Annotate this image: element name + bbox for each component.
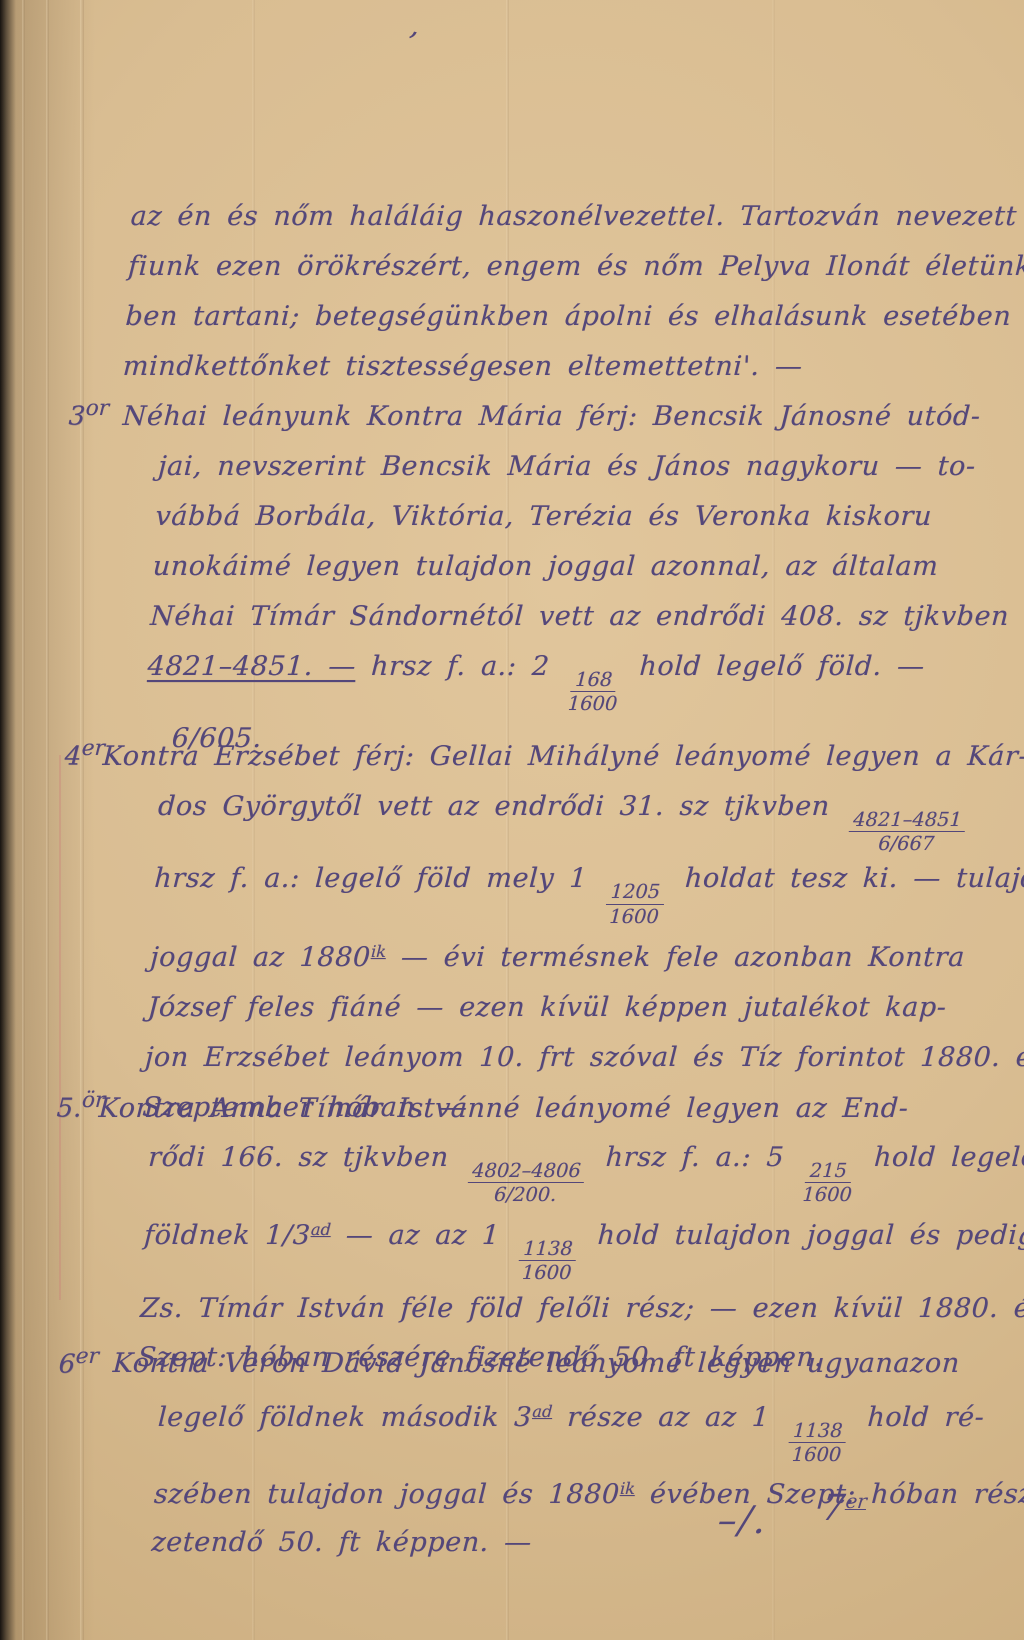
handwriting-line: Zs. Tímár István féle föld felőli rész; … xyxy=(139,1284,1024,1333)
handwriting-line: vábbá Borbála, Viktória, Terézia és Vero… xyxy=(154,492,1015,542)
handwriting-line: joggal az 1880ik — évi termésnek fele az… xyxy=(149,927,1024,983)
document-page: ’ az én és nőm haláláig haszonélvezettel… xyxy=(0,0,1024,1640)
section-3: 3or Néhai leányunk Kontra Mária férj: Be… xyxy=(142,392,1020,764)
handwriting-line: fiunk ezen örökrészért, engem és nőm Pel… xyxy=(127,242,1024,292)
scan-edge xyxy=(0,0,16,1640)
section-5-marker: 5.ör xyxy=(56,1088,106,1124)
handwriting-line: az én és nőm haláláig haszonélvezettel. … xyxy=(129,192,1024,242)
handwriting-line: legelő földnek második 3ad része az az 1… xyxy=(155,1388,1024,1465)
section-6-marker: 6er xyxy=(58,1344,100,1380)
handwriting-line: ben tartani; betegségünkben ápolni és el… xyxy=(124,292,1024,342)
section-4: 4er Kontra Erzsébet férj: Gellai Mihályn… xyxy=(141,732,1024,1133)
handwriting-line: 4821–4851. — hrsz f. a.: 2 1681600 hold … xyxy=(145,642,1008,714)
handwriting-line: zetendő 50. ft képpen. — xyxy=(150,1519,1024,1567)
handwriting-line: hrsz f. a.: legelő föld mely 1 12051600 … xyxy=(152,854,1024,926)
handwriting-line: jon Erzsébet leányom 10. frt szóval és T… xyxy=(144,1033,1024,1083)
handwriting-line: József feles fiáné — ezen kívül képpen j… xyxy=(146,983,1024,1033)
handwriting-line: jai, nevszerint Bencsik Mária és János n… xyxy=(157,442,1018,492)
next-page-section-marker: 7er xyxy=(820,1488,868,1529)
fold-crease xyxy=(22,0,25,1640)
handwriting-line: Néhai Tímár Sándornétól vett az endrődi … xyxy=(149,592,1010,642)
handwriting-line: mindkettőnket tisztességesen eltemettetn… xyxy=(122,342,1024,392)
continuation-mark: –/. xyxy=(716,1498,771,1542)
section-6: 6er Kontra Veron Dávid Jánosné leányomé … xyxy=(150,1340,1024,1567)
handwriting-line: rődi 166. sz tjkvben 4802–48066/200. hrs… xyxy=(146,1133,1024,1205)
fold-crease xyxy=(46,0,49,1640)
handwriting-line: Néhai leányunk Kontra Mária férj: Bencsi… xyxy=(121,392,1020,442)
fold-crease xyxy=(80,0,84,1640)
handwriting-line: szében tulajdon joggal és 1880ik évében … xyxy=(153,1465,1024,1519)
margin-line xyxy=(59,755,61,1300)
section-4-marker: 4er xyxy=(64,736,106,772)
section-3-marker: 3or xyxy=(68,396,110,432)
handwriting-line: Kontra Veron Dávid Jánosné leányomé legy… xyxy=(111,1340,1024,1388)
handwriting-line: Kontra Anna Tímár Istvánné leányomé legy… xyxy=(97,1084,1024,1133)
paragraph-intro: az én és nőm haláláig haszonélvezettel. … xyxy=(122,192,1024,392)
handwriting-line: dos Györgytől vett az endrődi 31. sz tjk… xyxy=(156,782,1024,854)
handwriting-line: unokáimé legyen tulajdon joggal azonnal,… xyxy=(152,542,1013,592)
handwriting-line: Kontra Erzsébet férj: Gellai Mihályné le… xyxy=(101,732,1024,782)
handwriting-line: földnek 1/3ad — az az 1 11381600 hold tu… xyxy=(142,1205,1024,1283)
section-5: 5.ör Kontra Anna Tímár Istvánné leányomé… xyxy=(136,1084,1024,1382)
ink-mark: ’ xyxy=(402,25,420,61)
